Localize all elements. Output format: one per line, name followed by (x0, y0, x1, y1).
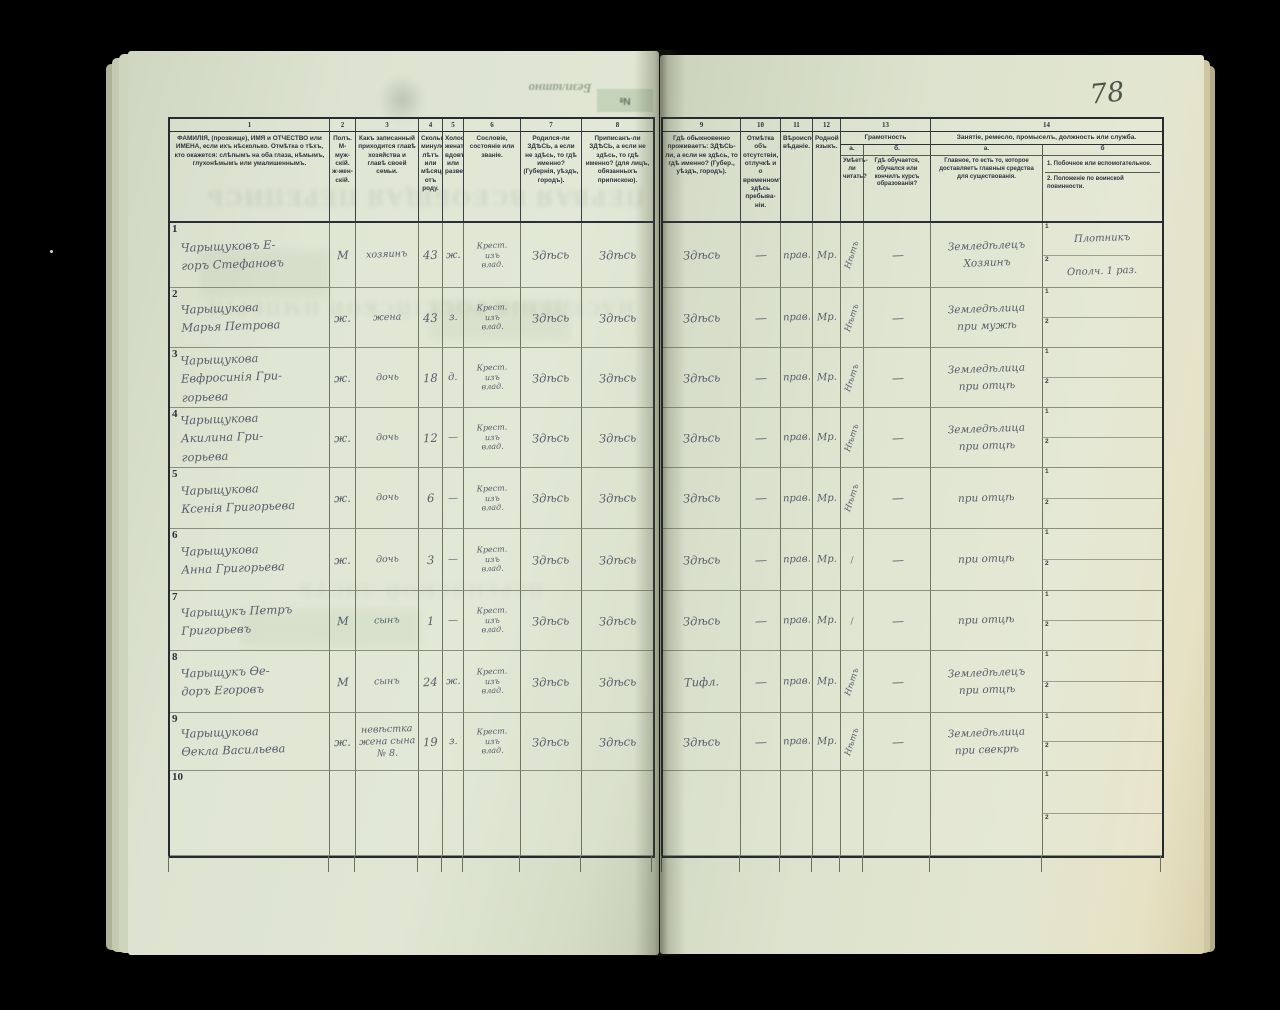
cell-sex: М (330, 591, 356, 651)
cell-absence (741, 771, 781, 856)
cell-reads: Нѣтъ (841, 408, 864, 468)
handwriting-line: дочь (375, 553, 398, 566)
cell-marital: — (443, 591, 464, 651)
cell-name: 1Чарыщуковъ Е-горъ Стефановъ (170, 223, 330, 288)
column-tail (929, 856, 930, 872)
cell-born-here: Здѣсь (521, 529, 582, 591)
cell-estate: Крест.изъвлад. (464, 408, 521, 468)
cell-occupation-side: 1Плотникъ2Ополч. 1 раз. (1043, 223, 1162, 288)
born-entry: Здѣсь (532, 490, 570, 505)
handwriting-line: влад. (477, 259, 508, 270)
column-tail (839, 856, 840, 872)
cell-name: 8Чарыщукъ Ѳе-доръ Егоровъ (170, 651, 330, 713)
column-tail (739, 856, 740, 872)
absence-entry: — (755, 613, 766, 627)
age-entry: 3 (427, 552, 435, 566)
handwriting-line: № 8. (359, 746, 416, 760)
handwriting-line: горъ Стефановъ (181, 253, 284, 275)
dust-speck (50, 250, 53, 253)
cell-estate: Крест.изъвлад. (464, 713, 521, 771)
name-entry: ЧарыщуковаКсенія Григорьева (180, 478, 295, 519)
sex-entry: М (336, 248, 348, 262)
marital-entry: ж. (446, 249, 461, 261)
cell-sex: ж. (330, 288, 356, 348)
cell-age: 18 (419, 348, 443, 408)
relation-entry: дочь (375, 431, 398, 444)
cell-estate: Крест.изъвлад. (464, 591, 521, 651)
occupation-side-sub1: 1 (1043, 591, 1162, 621)
education-entry: — (891, 674, 902, 688)
cell-occupation-side: 12 (1043, 468, 1162, 529)
language-entry: Мр. (816, 312, 836, 324)
cell-faith: прав. (781, 408, 813, 468)
cell-registered-here: Здѣсь (582, 713, 653, 771)
handwriting-line: влад. (477, 442, 508, 453)
sub-label-2: 2 (1045, 318, 1049, 325)
row-number: 5 (172, 468, 178, 480)
sub-label-2: 2 (1045, 742, 1049, 749)
census-table-left: 1 2 3 4 5 6 7 8 ФАМИЛІЯ, (прозвище), ИМЯ… (168, 117, 655, 858)
sub-label-2: 2 (1045, 499, 1049, 506)
handwriting-line: Земледѣлица (947, 419, 1025, 438)
occupation-military-label: 2. Положеніе по воинской повинности. (1045, 173, 1160, 195)
marital-entry: з. (448, 312, 457, 323)
age-entry: 43 (423, 248, 438, 263)
cell-occupation-side: 12 (1043, 408, 1162, 468)
bleed-number-stamp: № (597, 89, 653, 112)
age-entry: 43 (423, 310, 438, 325)
sub-label-1: 1 (1045, 713, 1049, 720)
cell-name: 5ЧарыщуковаКсенія Григорьева (170, 468, 330, 529)
handwriting-line: при мужѣ (948, 316, 1026, 335)
header-group-literacy: Грамотность а. б. Умѣетъ-ли читать? Гдѣ … (841, 132, 931, 223)
header-language: Родной языкъ. (813, 132, 841, 223)
cell-education: — (864, 223, 931, 288)
sub-label-1: 1 (1045, 591, 1049, 598)
cell-registered-here (582, 771, 653, 856)
name-entry: ЧарыщуковаЕвфросинія Гри-горьева (180, 348, 283, 407)
cell-occupation-side: 12 (1043, 591, 1162, 651)
occupation-side-sub1: 1 (1043, 529, 1162, 560)
handwriting-line: Крест. (476, 483, 507, 494)
handwriting-line: Евфросинія Гри- (181, 367, 283, 389)
cell-reads: Нѣтъ (841, 468, 864, 529)
literacy-letters: а. б. (841, 145, 930, 156)
column-number: 9 (663, 119, 741, 132)
literacy-title: Грамотность (841, 132, 930, 145)
column-tail (417, 856, 418, 872)
age-entry: 18 (423, 370, 438, 385)
column-tail (168, 856, 169, 872)
cell-age: 43 (419, 223, 443, 288)
cell-resides: Здѣсь (663, 408, 741, 468)
absence-entry: — (755, 430, 766, 444)
cell-education: — (864, 529, 931, 591)
registered-entry: Здѣсь (599, 370, 637, 385)
reads-entry: Нѣтъ (843, 362, 861, 392)
column-tail (441, 856, 442, 872)
handwriting-line: Крест. (476, 545, 507, 556)
cell-sex: ж. (330, 408, 356, 468)
relation-entry: жена (373, 311, 402, 324)
cell-resides: Здѣсь (663, 348, 741, 408)
relation-entry: невѣсткажена сына№ 8. (358, 723, 416, 761)
cell-reads: — (841, 591, 864, 651)
handwriting-line: изъ (477, 493, 508, 504)
name-entry: Чарыщукъ ПетръГригорьевъ (180, 600, 293, 641)
resides-entry: Здѣсь (683, 613, 721, 628)
education-entry: — (891, 370, 902, 384)
header-age: Сколько минуло лѣтъ или мѣсяцевъ отъ род… (419, 132, 443, 223)
cell-occupation-side: 12 (1043, 529, 1162, 591)
born-entry: Здѣсь (532, 370, 570, 385)
occupation-entry: при отцѣ (958, 550, 1015, 569)
handwriting-line: Земледѣлица (947, 299, 1025, 318)
handwriting-line: дочь (375, 371, 398, 384)
cell-occupation-main: Земледѣлицапри мужѣ (931, 288, 1043, 348)
handwriting-line: горьева (181, 445, 264, 466)
folio-page-number: 78 (1088, 76, 1125, 110)
row-number: 3 (172, 348, 178, 360)
born-entry: Здѣсь (532, 734, 570, 749)
sub-label-1: 1 (1045, 529, 1049, 536)
cell-education: — (864, 288, 931, 348)
occupation-title: Занятіе, ремесло, промыселъ, должность и… (931, 132, 1162, 145)
occupation-side-sub1: 1Плотникъ (1043, 223, 1162, 256)
marital-entry: д. (448, 372, 458, 383)
occupation-side-sub2: 2 (1043, 682, 1162, 712)
sex-entry: ж. (334, 734, 351, 749)
cell-estate: Крест.изъвлад. (464, 288, 521, 348)
occupation-side-sub2: 2 (1043, 438, 1162, 467)
cell-marital: ж. (443, 651, 464, 713)
cell-occupation-side: 12 (1043, 288, 1162, 348)
absence-entry: — (755, 248, 766, 262)
occupation-text-b: 1. Побочное или вспомогательное. 2. Поло… (1043, 156, 1162, 221)
education-entry: — (891, 491, 902, 505)
handwriting-line: при отцѣ (948, 680, 1026, 699)
marital-entry: — (448, 554, 458, 565)
header-estate: Сословіе, состояніе или званіе. (464, 132, 521, 223)
faith-entry: прав. (782, 615, 810, 627)
occupation-letters: а. б (931, 145, 1162, 156)
header-sex: Полъ. М-муж-скій. ж-жен-скій. (330, 132, 356, 223)
cell-age: 3 (419, 529, 443, 591)
born-entry: Здѣсь (532, 613, 570, 628)
column-tail (462, 856, 463, 872)
absence-entry: — (755, 310, 766, 324)
language-entry: Мр. (816, 432, 836, 444)
cell-language: Мр. (813, 713, 841, 771)
cell-sex: М (330, 223, 356, 288)
sub-label-1: 1 (1045, 468, 1049, 475)
column-number: 12 (813, 119, 841, 132)
language-entry: Мр. (816, 615, 836, 627)
resides-entry: Тифл. (684, 674, 720, 689)
sub-label-2: 2 (1045, 682, 1049, 689)
cell-faith (781, 771, 813, 856)
handwriting-line: влад. (477, 382, 508, 393)
cell-language: Мр. (813, 591, 841, 651)
handwriting-line: Крест. (476, 240, 507, 251)
occupation-side-sub2: 2 (1043, 318, 1162, 347)
scanned-census-spread: Безплатно ПЕРВАЯ ВСЕОБЩАЯ ПЕРЕПИСЬ НАСЕЛ… (0, 0, 1280, 1010)
cell-occupation-side: 12 (1043, 713, 1162, 771)
cell-sex: ж. (330, 529, 356, 591)
cell-marital: — (443, 529, 464, 591)
cell-born-here: Здѣсь (521, 651, 582, 713)
cell-sex: М (330, 651, 356, 713)
cell-name: 6ЧарыщуковаАнна Григорьева (170, 529, 330, 591)
cell-born-here: Здѣсь (521, 713, 582, 771)
census-table-right: 9 10 11 12 13 14 Гдѣ обыкновенно прожива… (661, 117, 1164, 858)
absence-entry: — (755, 734, 766, 748)
handwriting-line: Крест. (476, 423, 507, 434)
column-number: 1 (170, 119, 330, 132)
column-number: 6 (464, 119, 521, 132)
cell-marital: — (443, 408, 464, 468)
handwriting-line: влад. (477, 322, 508, 333)
cell-reads: Нѣтъ (841, 713, 864, 771)
cell-resides: Здѣсь (663, 223, 741, 288)
sub-label-2: 2 (1045, 378, 1049, 385)
relation-entry: сынъ (374, 675, 400, 688)
registered-entry: Здѣсь (599, 552, 637, 567)
cell-reads: Нѣтъ (841, 223, 864, 288)
cell-absence: — (741, 651, 781, 713)
sex-entry: ж. (334, 310, 351, 325)
cell-age: 43 (419, 288, 443, 348)
sex-entry: М (336, 613, 348, 627)
age-entry: 12 (423, 430, 438, 445)
cell-faith: прав. (781, 651, 813, 713)
reads-entry: Нѣтъ (843, 666, 861, 696)
occupation-side-sub2: 2 (1043, 499, 1162, 529)
occupation-entry: Земледѣлецъпри отцѣ (947, 663, 1026, 699)
sex-entry: ж. (334, 491, 351, 506)
cell-age (419, 771, 443, 856)
column-tail (1041, 856, 1042, 872)
handwriting-line: Земледѣлица (947, 359, 1025, 378)
registered-entry: Здѣсь (599, 674, 637, 689)
column-number: 5 (443, 119, 464, 132)
relation-entry: дочь (375, 492, 398, 505)
cell-registered-here: Здѣсь (582, 651, 653, 713)
occupation-text-a: Главное, то есть то, которое доставляетъ… (931, 156, 1043, 221)
cell-resides: Здѣсь (663, 468, 741, 529)
handwriting-line: влад. (477, 502, 508, 513)
cell-occupation-main: Земледѣлицапри отцѣ (931, 408, 1043, 468)
column-tail (1160, 856, 1161, 872)
handwriting-line: Анна Григорьева (181, 558, 285, 580)
handwriting-line: Земледѣлица (947, 723, 1025, 742)
resides-entry: Здѣсь (683, 552, 721, 567)
language-entry: Мр. (816, 554, 836, 566)
cell-born-here: Здѣсь (521, 288, 582, 348)
occupation-side-sub1: 1 (1043, 713, 1162, 742)
column-tail (811, 856, 812, 872)
occupation-side-sub2: 2Ополч. 1 раз. (1043, 256, 1162, 288)
handwriting-line: при отцѣ (948, 376, 1026, 395)
relation-entry: дочь (375, 371, 398, 384)
cell-estate: Крест.изъвлад. (464, 651, 521, 713)
occupation-side-sub2: 2 (1043, 560, 1162, 590)
cell-born-here (521, 771, 582, 856)
handwriting-line: хозяинъ (366, 248, 408, 261)
faith-entry: прав. (782, 249, 810, 261)
side-occupation-entry: Плотникъ (1074, 232, 1131, 245)
cell-occupation-main: при отцѣ (931, 468, 1043, 529)
literacy-text-a: Умѣетъ-ли читать? (841, 156, 864, 221)
sub-label-2: 2 (1045, 621, 1049, 628)
reads-entry: Нѣтъ (843, 483, 861, 513)
cell-born-here: Здѣсь (521, 408, 582, 468)
handwriting-line: при отцѣ (958, 611, 1015, 630)
occupation-side-sub1: 1 (1043, 771, 1162, 814)
cell-sex (330, 771, 356, 856)
marital-entry: — (448, 492, 458, 503)
education-entry: — (891, 613, 902, 627)
cell-absence: — (741, 223, 781, 288)
handwriting-line: влад. (477, 625, 508, 636)
name-entry: ЧарыщуковаѲекла Васильева (180, 721, 285, 761)
reads-entry: Нѣтъ (843, 422, 861, 452)
handwriting-line: при отцѣ (958, 489, 1015, 508)
header-faith: Вѣроиспо-вѣданіе. (781, 132, 813, 223)
handwriting-line: Ѳекла Васильева (181, 740, 286, 762)
handwriting-line: влад. (477, 746, 508, 757)
handwriting-line: влад. (477, 686, 508, 697)
occupation-side-sub2: 2 (1043, 621, 1162, 650)
literacy-texts: Умѣетъ-ли читать? Гдѣ обучается, обучалс… (841, 156, 930, 221)
cell-relation: дочь (356, 468, 419, 529)
occupation-entry: ЗемледѣлецъХозяинъ (947, 237, 1026, 273)
cell-education: — (864, 468, 931, 529)
column-tail (862, 856, 863, 872)
handwriting-line: Крест. (476, 667, 507, 678)
cell-estate (464, 771, 521, 856)
cell-age: 6 (419, 468, 443, 529)
cell-born-here: Здѣсь (521, 223, 582, 288)
column-number: 2 (330, 119, 356, 132)
cell-faith: прав. (781, 468, 813, 529)
header-resides: Гдѣ обыкновенно проживаетъ: ЗДѢСЬ-ли, а … (663, 132, 741, 223)
education-entry: — (891, 310, 902, 324)
column-number: 4 (419, 119, 443, 132)
cell-occupation-main: ЗемледѣлецъХозяинъ (931, 223, 1043, 288)
cell-born-here: Здѣсь (521, 468, 582, 529)
reads-entry: Нѣтъ (843, 240, 861, 270)
cell-registered-here: Здѣсь (582, 529, 653, 591)
language-entry: Мр. (816, 249, 836, 261)
age-entry: 19 (423, 734, 438, 749)
handwriting-line: Григорьевъ (181, 619, 293, 641)
estate-entry: Крест.изъвлад. (476, 363, 508, 393)
cell-estate: Крест.изъвлад. (464, 468, 521, 529)
reads-entry: Нѣтъ (843, 726, 861, 756)
age-entry: 24 (423, 674, 438, 689)
occupation-texts: Главное, то есть то, которое доставляетъ… (931, 156, 1162, 221)
cell-age: 19 (419, 713, 443, 771)
sub-label-1: 1 (1045, 651, 1049, 658)
row-number: 9 (172, 713, 178, 725)
column-number: 7 (521, 119, 582, 132)
handwriting-line: изъ (477, 250, 508, 261)
occupation-entry: Земледѣлицапри отцѣ (947, 419, 1025, 455)
cell-relation: дочь (356, 529, 419, 591)
handwriting-line: Ксенія Григорьева (181, 496, 295, 518)
cell-sex: ж. (330, 348, 356, 408)
age-entry: 1 (427, 613, 435, 627)
column-tail (354, 856, 355, 872)
age-entry: 6 (427, 491, 435, 505)
cell-resides: Здѣсь (663, 591, 741, 651)
estate-entry: Крест.изъвлад. (476, 423, 508, 453)
occupation-entry: Земледѣлицапри свекрѣ (947, 723, 1025, 759)
handwriting-line: Земледѣлецъ (947, 237, 1025, 256)
faith-entry: прав. (782, 372, 810, 384)
resides-entry: Здѣсь (683, 247, 721, 262)
estate-entry: Крест.изъвлад. (476, 240, 508, 270)
cell-marital: з. (443, 288, 464, 348)
cell-occupation-main: при отцѣ (931, 529, 1043, 591)
cell-registered-here: Здѣсь (582, 591, 653, 651)
cell-name: 3ЧарыщуковаЕвфросинія Гри-горьева (170, 348, 330, 408)
cell-marital: д. (443, 348, 464, 408)
column-tail (519, 856, 520, 872)
estate-entry: Крест.изъвлад. (476, 606, 508, 636)
sub-label-1: 1 (1045, 223, 1049, 230)
handwriting-line: сынъ (374, 675, 400, 688)
absence-entry: — (755, 370, 766, 384)
handwriting-line: горьева (181, 385, 283, 407)
cell-resides: Здѣсь (663, 713, 741, 771)
cell-estate: Крест.изъвлад. (464, 223, 521, 288)
cell-occupation-main: при отцѣ (931, 591, 1043, 651)
sub-label-2: 2 (1045, 256, 1049, 263)
column-number: 11 (781, 119, 813, 132)
header-born-here: Родился-ли ЗДѢСЬ, а если не здѣсь, то гд… (521, 132, 582, 223)
absence-entry: — (755, 491, 766, 505)
cell-resides (663, 771, 741, 856)
row-number: 4 (172, 408, 178, 420)
estate-entry: Крест.изъвлад. (476, 727, 508, 757)
cell-name: 4ЧарыщуковаАкилина Гри-горьева (170, 408, 330, 468)
estate-entry: Крест.изъвлад. (476, 303, 508, 333)
cell-language: Мр. (813, 288, 841, 348)
registered-entry: Здѣсь (599, 613, 637, 628)
language-entry: Мр. (816, 676, 836, 688)
marital-entry: з. (448, 736, 457, 747)
cell-age: 24 (419, 651, 443, 713)
cell-marital: — (443, 468, 464, 529)
cell-name: 10 (170, 771, 330, 856)
handwriting-line: дочь (375, 431, 398, 444)
born-entry: Здѣсь (532, 310, 570, 325)
header-absence: Отмѣтка объ отсутствіи, отлучкѣ и о врем… (741, 132, 781, 223)
occupation-entry: при отцѣ (958, 489, 1015, 508)
handwriting-line: при свекрѣ (948, 740, 1026, 759)
reads-entry: Нѣтъ (843, 302, 861, 332)
name-entry: ЧарыщуковаАнна Григорьева (180, 539, 285, 579)
occupation-entry: Земледѣлицапри отцѣ (947, 359, 1025, 395)
literacy-text-b: Гдѣ обучается, обучался или кончилъ курс… (864, 156, 930, 221)
row-number: 8 (172, 651, 178, 663)
row-number: 6 (172, 529, 178, 541)
marital-entry: ж. (446, 676, 461, 688)
column-tail (580, 856, 581, 872)
cell-relation: дочь (356, 408, 419, 468)
